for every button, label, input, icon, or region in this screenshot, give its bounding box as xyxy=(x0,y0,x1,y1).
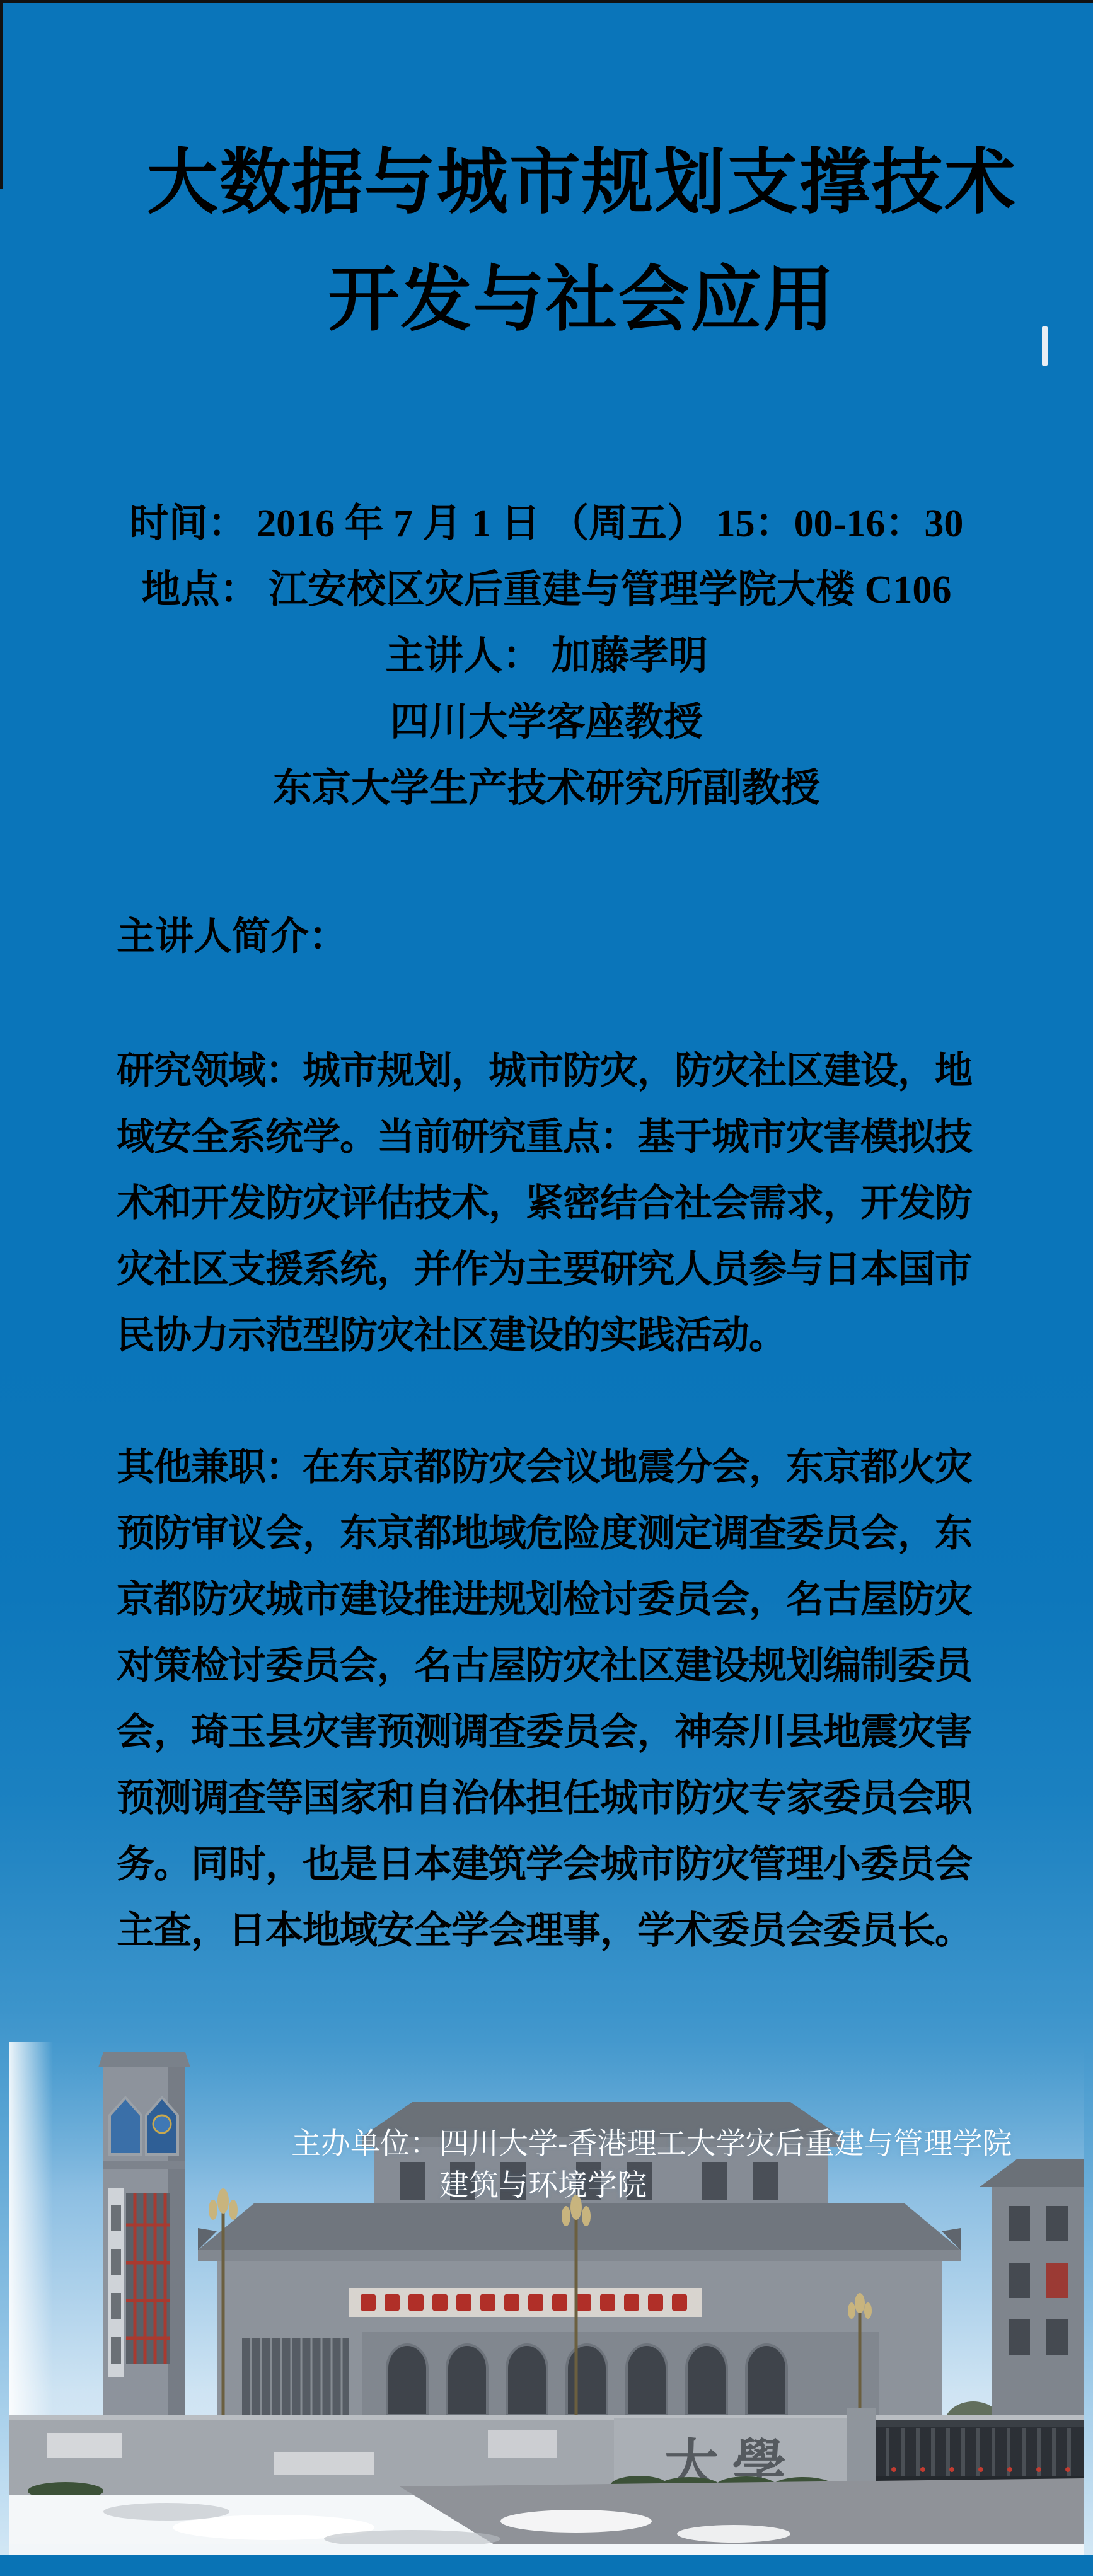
event-info: 时间： 2016 年 7 月 1 日 （周五） 15：00-16：30地点： 江… xyxy=(0,491,1093,822)
text-line: 域安全系统学。当前研究重点：基于城市灾害模拟技 xyxy=(117,1104,999,1170)
text-line: 会，琦玉县灾害预测调查委员会，神奈川县地震灾害 xyxy=(117,1699,999,1765)
organizer-line2: 建筑与环境学院 xyxy=(439,2164,1012,2206)
bio-paragraph-1: 研究领域：城市规划，城市防灾，防灾社区建设，地域安全系统学。当前研究重点：基于城… xyxy=(117,1038,999,1369)
window-top-edge xyxy=(0,0,1093,3)
text-line: 时间： 2016 年 7 月 1 日 （周五） 15：00-16：30 xyxy=(0,491,1093,557)
bio-heading: 主讲人简介： xyxy=(117,904,347,970)
clock-tower xyxy=(98,2052,190,2427)
text-line: 研究领域：城市规划，城市防灾，防灾社区建设，地 xyxy=(117,1038,999,1104)
red-banner xyxy=(349,2288,702,2317)
text-line: 京都防灾城市建设推进规划检讨委员会，名古屋防灾 xyxy=(117,1567,999,1633)
text-line: 主讲人： 加藤孝明 xyxy=(0,623,1093,690)
text-cursor-mark xyxy=(1042,326,1048,366)
campus-photo: 大 學 xyxy=(9,2042,1084,2544)
lattice-windows xyxy=(242,2338,349,2420)
bottom-white-strip xyxy=(9,2544,1084,2555)
text-line: 预防审议会，东京都地域危险度测定调查委员会，东 xyxy=(117,1501,999,1567)
organizer-block: 主办单位：四川大学-香港理工大学灾后重建与管理学院 建筑与环境学院 xyxy=(291,2123,1012,2206)
text-line: 对策检讨委员会，名古屋防灾社区建设规划编制委员 xyxy=(117,1633,999,1699)
bottom-blue-bar xyxy=(0,2555,1093,2576)
text-line: 务。同时，也是日本建筑学会城市防灾管理小委员会 xyxy=(117,1832,999,1898)
entrance-gate xyxy=(876,2420,1084,2483)
text-line: 地点： 江安校区灾后重建与管理学院大楼 C106 xyxy=(0,557,1093,623)
organizer-line1: 主办单位：四川大学-香港理工大学灾后重建与管理学院 xyxy=(291,2123,1012,2164)
text-line: 其他兼职：在东京都防灾会议地震分会，东京都火灾 xyxy=(117,1435,999,1501)
text-line: 术和开发防灾评估技术，紧密结合社会需求，开发防 xyxy=(117,1170,999,1237)
text-line: 四川大学客座教授 xyxy=(0,690,1093,756)
poster-title-line2: 开发与社会应用 xyxy=(71,241,1093,358)
poster-title-line1: 大数据与城市规划支撑技术 xyxy=(71,124,1093,241)
bio-paragraph-2: 其他兼职：在东京都防灾会议地震分会，东京都火灾预防审议会，东京都地域危险度测定调… xyxy=(117,1435,999,1964)
text-line: 民协力示范型防灾社区建设的实践活动。 xyxy=(117,1303,999,1369)
campus-photo-illustration: 大 學 xyxy=(9,2042,1084,2544)
text-line: 预测调查等国家和自治体担任城市防灾专家委员会职 xyxy=(117,1765,999,1832)
text-line: 灾社区支援系统，并作为主要研究人员参与日本国市 xyxy=(117,1237,999,1303)
text-line: 主查，日本地域安全学会理事，学术委员会委员长。 xyxy=(117,1898,999,1964)
text-line: 东京大学生产技术研究所副教授 xyxy=(0,756,1093,822)
poster-title: 大数据与城市规划支撑技术 开发与社会应用 xyxy=(0,124,1093,358)
